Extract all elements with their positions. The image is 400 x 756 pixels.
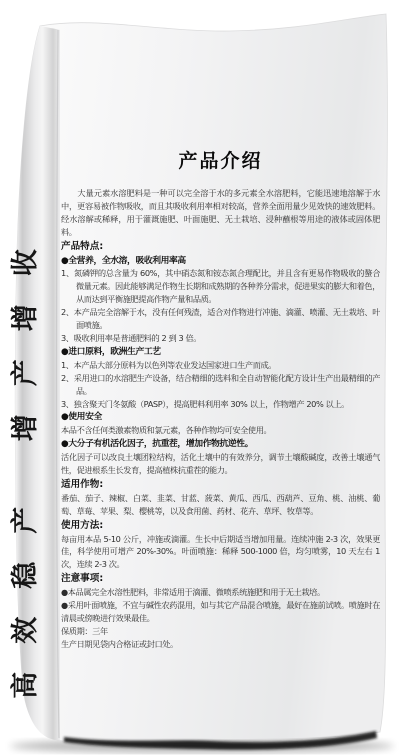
feature-bullet-safety: ●使用安全 [61,411,380,424]
crops-text: 番茄、茄子、辣椒、白菜、韭菜、甘蓝、菠菜、黄瓜、西瓜、西葫芦、豆角、桃、油桃、葡… [61,492,380,518]
import-item-3: 3、独含聚天门冬氨酸（PASP），提高肥料利用率 30% 以上，作物增产 20%… [61,398,380,411]
feature-item-2: 2、本产品完全溶解于水，没有任何残渣，适合对作物进行冲施、滴灌、喷灌、无土栽培、… [61,306,380,332]
usage-text: 每亩用本品 5-10 公斤，冲施或滴灌。生长中后期适当增加用量。连续冲施 2-3… [61,533,380,572]
notes-header: 注意事项: [61,573,380,586]
panel-title: 产品介绍 [61,150,380,172]
import-item-1: 1、本产品大部分原料为以色列等农业发达国家进口生产而成。 [61,359,380,372]
intro-paragraph: 大量元素水溶肥料是一种可以完全溶于水的多元素全水溶肥料，它能迅速地溶解于水中，更… [61,187,380,239]
fertilizer-bag-photo: 高效稳产 增产增收 产品介绍 大量元素水溶肥料是一种可以完全溶于水的多元素全水溶… [0,0,400,756]
feature-bullet-activator: ●大分子有机活化因子，抗重茬，增加作物抗逆性。 [61,438,380,451]
features-header: 产品特点: [61,241,380,254]
product-intro-panel: 产品介绍 大量元素水溶肥料是一种可以完全溶于水的多元素全水溶肥料，它能迅速地溶解… [61,150,380,655]
feature-bullet-nutrition: ●全营养，全水溶，吸收利用率高 [61,255,380,268]
side-slogan-text: 高效稳产 增产增收 [8,221,44,699]
shelf-life: 保质期：三年 [61,625,380,638]
production-date: 生产日期见袋内合格证或封口处。 [61,638,380,651]
note-2: ●采用叶面喷施，不宜与碱性农药混用，如与其它产品混合喷施，最好在施前试喷。喷施时… [61,599,380,625]
note-1: ●本品属完全水溶性肥料，非常适用于滴灌、微喷系统施肥和用于无土栽培。 [61,586,380,599]
feature-bullet-import: ●进口原料，欧洲生产工艺 [61,346,380,359]
safety-text: 本品不含任何类激素物质和氯元素，各种作物均可安全使用。 [61,424,380,437]
feature-item-1: 1、氮磷钾的总含量为 60%，其中硝态氮和铵态氮合理配比，并且含有更易作物吸收的… [61,267,380,306]
activator-text: 活化因子可以改良土壤团粒结构，活化土壤中的有效养分，调节土壤酸碱度，改善土壤通气… [61,451,380,477]
usage-header: 使用方法: [61,520,380,533]
feature-item-3: 3、吸收利用率是普通肥料的 2 到 3 倍。 [61,332,380,345]
import-item-2: 2、采用进口的水溶肥生产设备，结合精细的选料和全自动智能化配方设计生产出最精细的… [61,372,380,398]
crops-header: 适用作物: [61,479,380,492]
